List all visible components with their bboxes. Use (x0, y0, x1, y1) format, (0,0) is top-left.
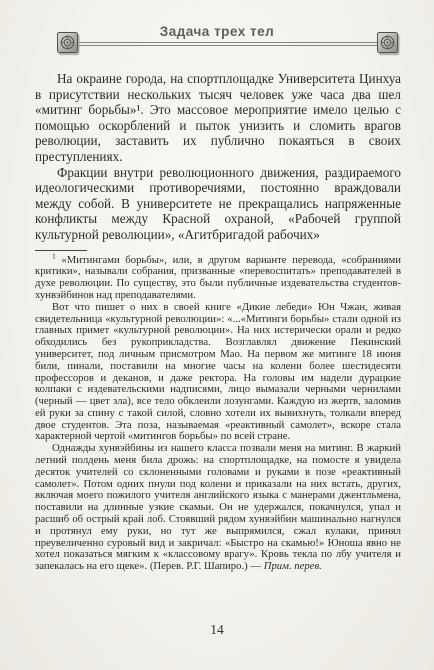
book-page-scan: Задача трех тел На окраине города, на сп… (0, 0, 434, 670)
body-paragraph: На окраине города, на спортплощадке Унив… (35, 71, 401, 165)
footnote-paragraph: Вот что пишет о них в своей книге «Дикие… (35, 302, 401, 444)
footnote: 1 «Митингами борьбы», или, в другом вари… (35, 255, 401, 574)
running-head-title: Задача трех тел (0, 24, 434, 39)
page-number: 14 (0, 622, 434, 638)
footnote-text: Однажды хунвэйбины из нашего класса позв… (35, 442, 401, 572)
body-paragraph: Фракции внутри революционного движения, … (35, 165, 401, 243)
footnote-paragraph: Однажды хунвэйбины из нашего класса позв… (35, 443, 401, 573)
running-head: Задача трех тел (0, 0, 434, 62)
footnote-paragraph: 1 «Митингами борьбы», или, в другом вари… (35, 255, 401, 302)
footnote-separator (35, 250, 87, 251)
right-ornament-icon (377, 32, 398, 53)
footnote-text: «Митингами борьбы», или, в другом вариан… (35, 254, 401, 301)
header-rule (79, 42, 377, 46)
footnote-translator-note: Прим. перев. (264, 560, 322, 572)
footnote-marker: 1 (52, 251, 56, 260)
page-content: На окраине города, на спортплощадке Унив… (0, 62, 434, 573)
